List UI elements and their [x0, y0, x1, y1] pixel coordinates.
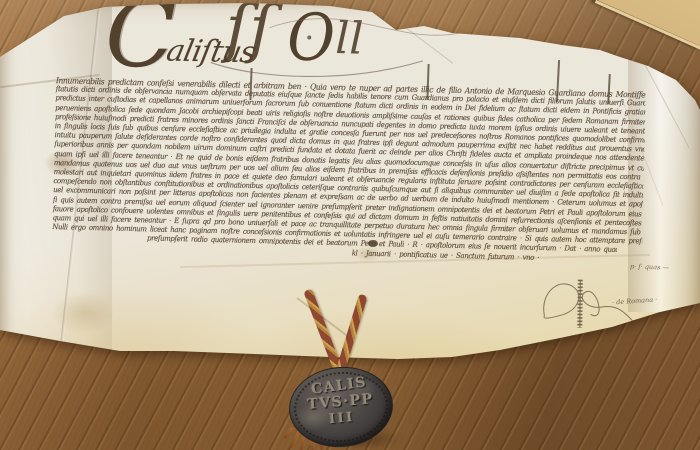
pen-ascender: [556, 60, 560, 102]
script-line: kl · Januarii · pontificatus ue · Sanctu…: [352, 249, 687, 267]
pen-ascender: [249, 68, 252, 100]
script-line: quam qui uel illi facere teneantur · E ſ…: [52, 214, 642, 238]
fold-crease: [398, 21, 454, 64]
parchment-stain: [44, 150, 80, 176]
script-line: quam ipſi uel illi facere teneantur · Et…: [54, 149, 644, 173]
script-line: ſuperioribus annis per quondam nobilem u…: [54, 140, 644, 164]
fold-crease: [620, 95, 664, 206]
script-line: Nulli ergo omnino hominum liceat hanc pa…: [52, 223, 642, 247]
heading-flourish-letters: ſſ: [225, 0, 274, 62]
script-line: compeſcendo non obſtantibus conſtitution…: [53, 177, 643, 201]
pen-ascender: [426, 64, 429, 100]
heading-name: aliſtus: [164, 34, 259, 71]
photo-medieval-charter: C aliſtus ſſ O ll Innumerabilis predicta…: [0, 0, 700, 450]
script-line: profeſsione huiuſmodi predicti fratres m…: [55, 113, 645, 137]
script-line: intuitu pauperum ſalute deſiderantes cor…: [54, 131, 644, 155]
notary-flourish-icon: [532, 273, 640, 336]
script-line: ſtatutis dicti ordinis de obſervancia nu…: [56, 85, 646, 109]
parchment-stain: [52, 292, 116, 334]
fold-crease: [641, 58, 691, 149]
fold-crease: [0, 74, 99, 88]
script-line: ſi quis autem contra premiſsa uel eorum …: [53, 195, 643, 219]
script-line: uel excommunicari non poſsint per litter…: [53, 186, 643, 210]
left-fold-flap: [0, 0, 112, 360]
script-line: in ſingulis locis ſuis ſub quibus cenſur…: [55, 122, 645, 146]
script-line: preſumpſerit radio quaternionem omnipote…: [147, 234, 617, 255]
fold-crease: [180, 254, 650, 268]
heading-flourish-letters: ll: [335, 17, 364, 62]
heading-initial: C: [104, 0, 176, 82]
pen-ascender: [607, 74, 610, 104]
manuscript-text: Innumerabilis predictam confeſsi venerab…: [52, 76, 646, 265]
chancery-note: · de Romana ·: [612, 295, 658, 306]
script-line: fauore apoſtolico confouere uolentes omn…: [53, 205, 643, 229]
script-line: molestari aut inquietari quominus iidem …: [54, 168, 644, 192]
script-line: predictus inter cuſtodias et capellanos …: [55, 94, 645, 118]
illuminated-heading: C aliſtus ſſ O ll: [0, 0, 700, 105]
ink-blot: [368, 240, 378, 247]
right-fold: [628, 50, 700, 312]
chancery-note: p· ſ· quas —: [630, 262, 669, 271]
heading-flourish-letters: O: [287, 5, 336, 71]
parchment-stain: [354, 246, 382, 262]
fold-crease: [60, 6, 101, 344]
script-line: perueniens apoſtolica ſede quondam Jacob…: [55, 103, 645, 127]
script-line: Innumerabilis predictam confeſsi venerab…: [56, 76, 646, 100]
pen-flourish-icon: [208, 4, 470, 89]
script-line: mandamus quatenus uos uel duo aut vnus u…: [54, 159, 644, 183]
